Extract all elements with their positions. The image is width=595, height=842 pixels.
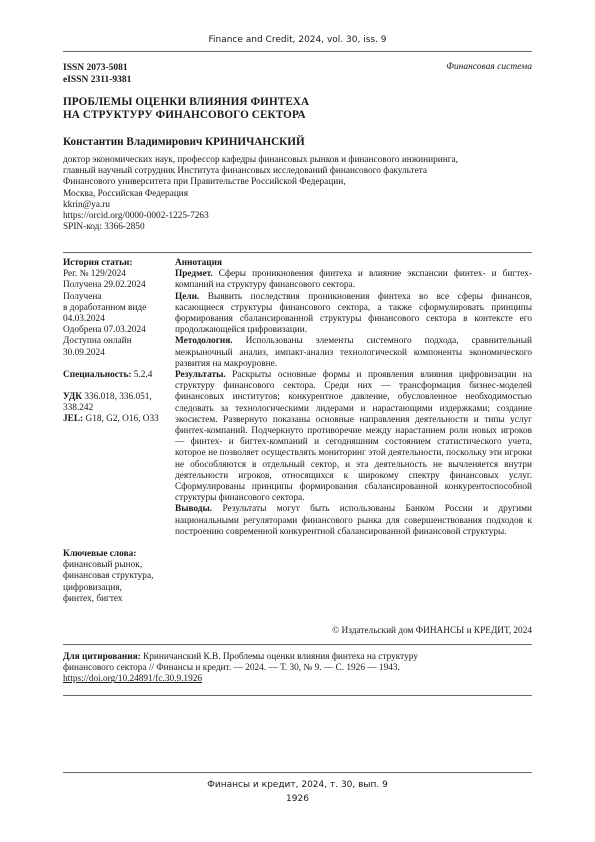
- article-metadata: История статьи: Рег. № 129/2024 Получена…: [63, 258, 173, 426]
- udc-label: УДК: [63, 392, 82, 402]
- abstract-label: Цели.: [175, 292, 199, 302]
- section-name: Финансовая система: [446, 62, 532, 72]
- doi-link[interactable]: https://doi.org/10.24891/fc.30.9.1926: [63, 674, 202, 684]
- affiliation-line: Москва, Российская Федерация: [63, 189, 458, 200]
- history-line: Одобрена 07.03.2024: [63, 325, 173, 336]
- history-line: Рег. № 129/2024: [63, 269, 173, 280]
- abstract-label: Предмет.: [175, 269, 213, 279]
- citation: Для цитирования: Криничанский К.В. Пробл…: [63, 652, 463, 686]
- affiliation-line: главный научный сотрудник Института фина…: [63, 166, 458, 177]
- history-line: 04.03.2024: [63, 314, 173, 325]
- footer-rule: [63, 772, 532, 773]
- author-name: Константин Владимирович КРИНИЧАНСКИЙ: [63, 136, 305, 148]
- issn-block: ISSN 2073-5081 eISSN 2311-9381: [63, 62, 131, 86]
- footer-journal: Финансы и кредит, 2024, т. 30, вып. 9: [0, 778, 595, 792]
- citation-label: Для цитирования:: [63, 652, 141, 662]
- specialty-label: Специальность:: [63, 370, 131, 380]
- abstract-methodology: Методология. Использованы элементы систе…: [175, 336, 532, 370]
- specialty: Специальность: 5.2.4: [63, 370, 173, 381]
- abstract: Аннотация Предмет. Сферы проникновения ф…: [175, 258, 532, 538]
- citation-bottom-rule: [63, 695, 532, 696]
- author-orcid[interactable]: https://orcid.org/0000-0002-1225-7263: [63, 211, 458, 222]
- keyword-line: финтех, бигтех: [63, 594, 173, 605]
- abstract-label: Выводы.: [175, 504, 212, 514]
- history-line: Получена 29.02.2024: [63, 280, 173, 291]
- history-line: Получена: [63, 292, 173, 303]
- eissn: eISSN 2311-9381: [63, 74, 131, 86]
- history-line: в доработанном виде: [63, 303, 173, 314]
- title-line-2: НА СТРУКТУРУ ФИНАНСОВОГО СЕКТОРА: [63, 109, 309, 122]
- author-spin: SPIN-код: 3366-2850: [63, 222, 458, 233]
- abstract-text: Раскрыты основные формы и проявления вли…: [175, 370, 532, 503]
- keyword-line: финансовая структура,: [63, 571, 173, 582]
- history-line: 30.09.2024: [63, 348, 173, 359]
- abstract-conclusions: Выводы. Результаты могут быть использова…: [175, 504, 532, 538]
- jel: JEL: G18, G2, O16, O33: [63, 414, 173, 425]
- citation-top-rule: [63, 644, 532, 645]
- affiliation-line: доктор экономических наук, профессор каф…: [63, 155, 458, 166]
- footer: Финансы и кредит, 2024, т. 30, вып. 9 19…: [0, 778, 595, 806]
- history-line: Доступна онлайн: [63, 336, 173, 347]
- abstract-label: Результаты.: [175, 370, 226, 380]
- abstract-goals: Цели. Выявить последствия проникновения …: [175, 292, 532, 337]
- abstract-results: Результаты. Раскрыты основные формы и пр…: [175, 370, 532, 504]
- specialty-value: 5.2.4: [131, 370, 152, 380]
- abstract-subject: Предмет. Сферы проникновения финтеха и в…: [175, 269, 532, 291]
- udc: УДК 336.018, 336.051, 338.242: [63, 392, 173, 414]
- author-email[interactable]: kkrin@ya.ru: [63, 200, 458, 211]
- abstract-text: Сферы проникновения финтеха и влияние эк…: [175, 269, 532, 290]
- header-rule: [63, 51, 532, 52]
- abstract-heading: Аннотация: [175, 258, 532, 269]
- keywords-heading: Ключевые слова:: [63, 549, 173, 560]
- keyword-line: цифровизация,: [63, 583, 173, 594]
- jel-label: JEL:: [63, 414, 83, 424]
- history-heading: История статьи:: [63, 258, 173, 269]
- issn: ISSN 2073-5081: [63, 62, 131, 74]
- page-number: 1926: [0, 792, 595, 806]
- affiliation: доктор экономических наук, профессор каф…: [63, 155, 458, 233]
- keywords: Ключевые слова: финансовый рынок, финанс…: [63, 549, 173, 605]
- abstract-text: Результаты могут быть использованы Банко…: [175, 504, 532, 536]
- copyright: © Издательский дом ФИНАНСЫ и КРЕДИТ, 202…: [332, 626, 532, 636]
- section-rule: [63, 252, 532, 253]
- running-head: Finance and Credit, 2024, vol. 30, iss. …: [0, 35, 595, 45]
- article-title: ПРОБЛЕМЫ ОЦЕНКИ ВЛИЯНИЯ ФИНТЕХА НА СТРУК…: [63, 96, 309, 122]
- title-line-1: ПРОБЛЕМЫ ОЦЕНКИ ВЛИЯНИЯ ФИНТЕХА: [63, 96, 309, 109]
- abstract-label: Методология.: [175, 336, 233, 346]
- affiliation-line: Финансового университета при Правительст…: [63, 177, 458, 188]
- abstract-text: Выявить последствия проникновения финтех…: [175, 292, 532, 336]
- jel-value: G18, G2, O16, O33: [83, 414, 159, 424]
- keyword-line: финансовый рынок,: [63, 560, 173, 571]
